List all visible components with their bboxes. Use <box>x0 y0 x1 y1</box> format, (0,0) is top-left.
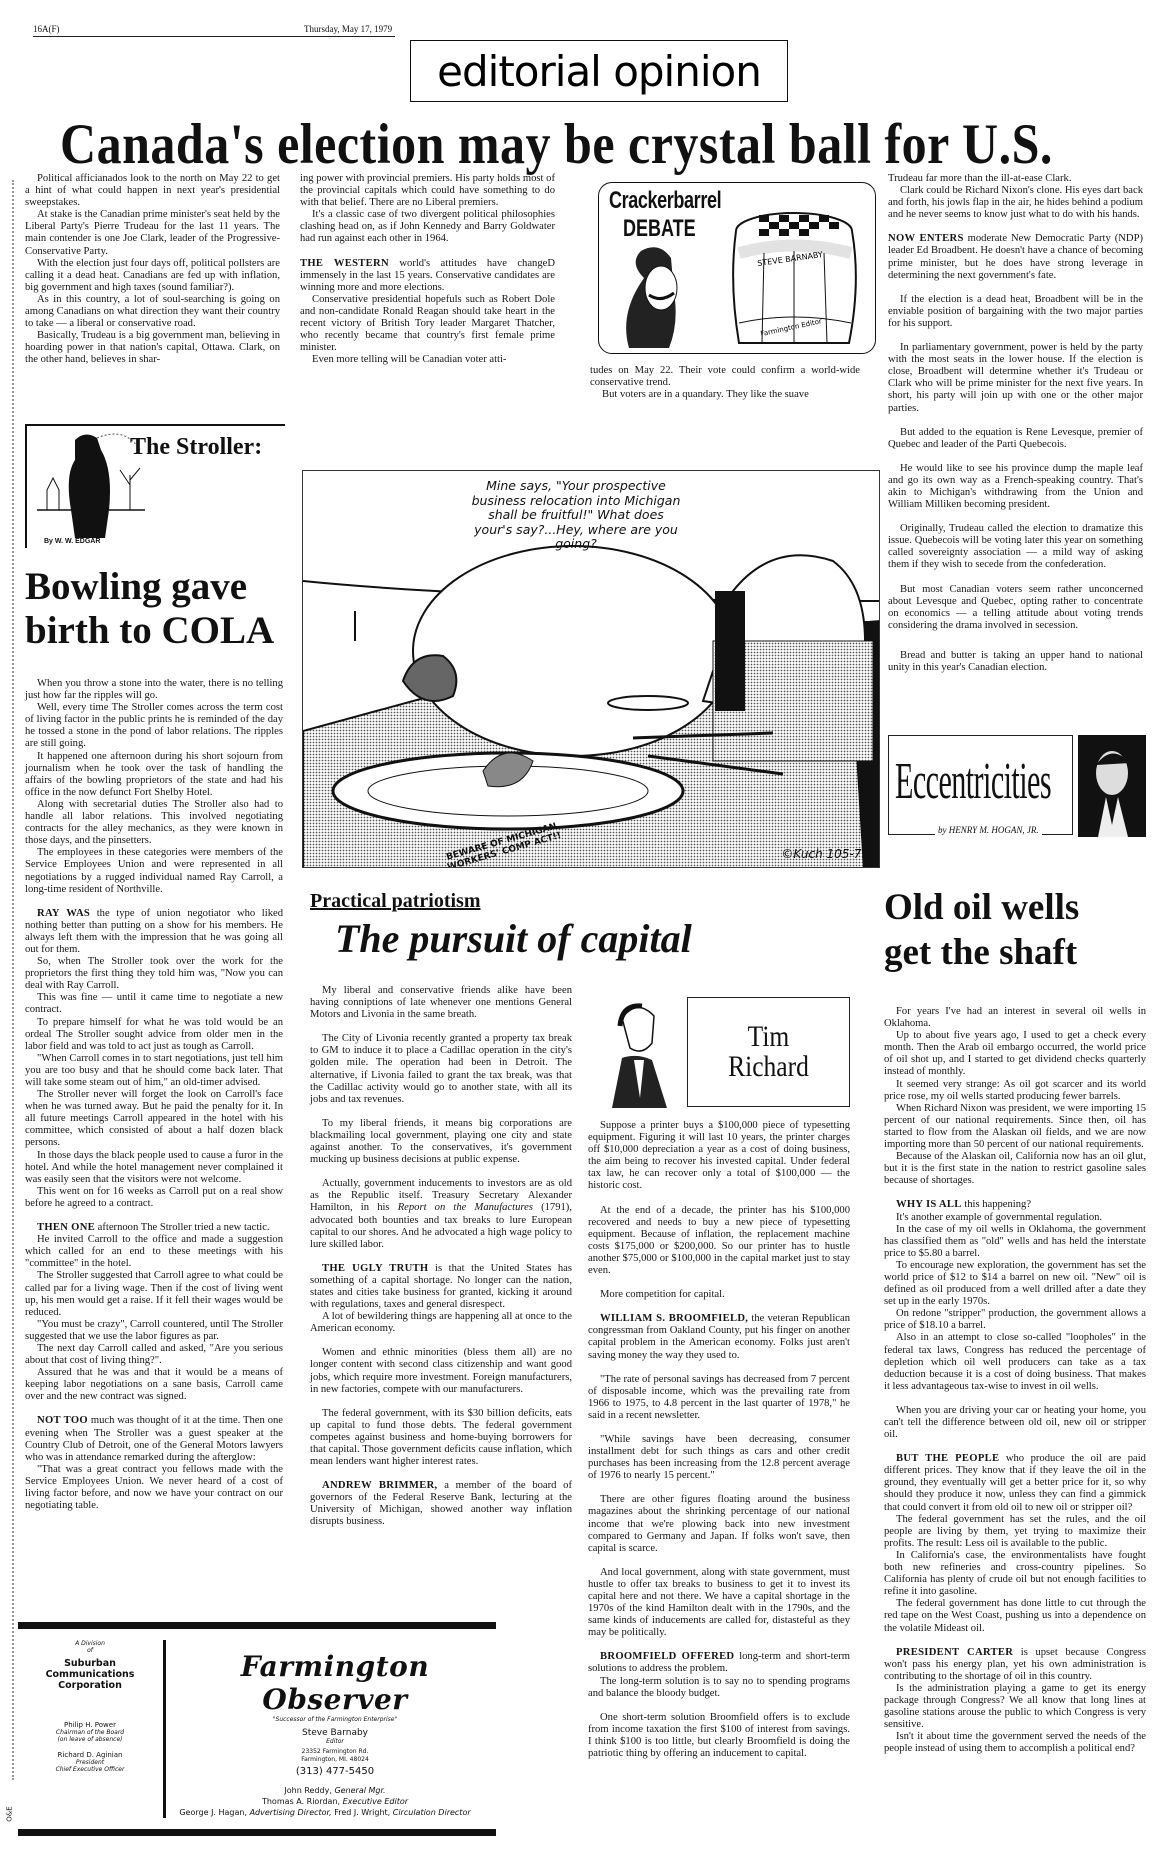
paragraph: Actually, government inducements to inve… <box>310 1178 572 1251</box>
phone-number: (313) 477-5450 <box>170 1766 500 1777</box>
paragraph: To my liberal friends, it means big corp… <box>310 1118 572 1166</box>
lead-in: ANDREW BRIMMER, <box>322 1480 438 1491</box>
president-name: Richard D. Aginian <box>20 1751 160 1759</box>
paragraph: THE UGLY TRUTH is that the United States… <box>310 1263 572 1311</box>
paragraph: Women and ethnic minorities (bless them … <box>310 1347 572 1395</box>
editorial-cartoon: Mine says, "Your prospective business re… <box>302 470 880 868</box>
paragraph: The Stroller suggested that Carroll agre… <box>25 1270 283 1318</box>
lead-in: THE WESTERN <box>300 258 389 269</box>
paragraph: NOW ENTERS moderate New Democratic Party… <box>888 233 1143 281</box>
paragraph: My liberal and conservative friends alik… <box>310 985 572 1021</box>
address-line: Farmington, MI. 48024 <box>170 1756 500 1764</box>
section-title: editorial opinion <box>437 47 761 96</box>
paragraph: Is the administration playing a game to … <box>884 1683 1146 1731</box>
paragraph: But most Canadian voters seem rather unc… <box>888 584 1143 632</box>
paragraph: "That was a great contract you fellows m… <box>25 1464 283 1512</box>
paragraph: At the end of a decade, the printer has … <box>588 1205 850 1278</box>
paragraph: If the election is a dead heat, Broadben… <box>888 294 1143 330</box>
newspaper-flag: Farmington Observer <box>170 1650 500 1716</box>
paragraph: WILLIAM S. BROOMFIELD, the veteran Repub… <box>588 1313 850 1361</box>
author-last-name: Richard <box>728 1052 809 1082</box>
stroller-article-body: When you throw a stone into the water, t… <box>25 678 283 1512</box>
paragraph: Even more telling will be Canadian voter… <box>300 354 555 366</box>
paragraph: "When Carroll comes in to start negotiat… <box>25 1053 283 1089</box>
stroller-headline: Bowling gave birth to COLA <box>25 565 305 653</box>
paragraph: ANDREW BRIMMER, a member of the board of… <box>310 1480 572 1528</box>
paragraph: At stake is the Canadian prime minister'… <box>25 209 280 257</box>
chairman-title: Chairman of the Board <box>20 1729 160 1736</box>
paragraph: As in this country, a lot of soul-search… <box>25 294 280 330</box>
pursuit-column-1: My liberal and conservative friends alik… <box>310 985 572 1529</box>
paragraph: When Richard Nixon was president, we wer… <box>884 1103 1146 1151</box>
paragraph: Well, every time The Stroller comes acro… <box>25 702 283 750</box>
paragraph: For years I've had an interest in severa… <box>884 1006 1146 1030</box>
author-name-box: Tim Richard <box>687 997 850 1107</box>
staff-name: Fred J. Wright, <box>334 1808 390 1817</box>
masthead-rule-bottom <box>18 1829 496 1836</box>
headline-line: birth to COLA <box>25 609 305 653</box>
staff-name: Thomas A. Riordan, <box>262 1797 340 1806</box>
paragraph: To encourage new exploration, the govern… <box>884 1260 1146 1308</box>
debate-title: DEBATE <box>623 215 696 243</box>
speech-bubble-text: Mine says, "Your prospective business re… <box>471 479 681 552</box>
masthead-divider <box>163 1640 166 1818</box>
editor-role: Editor <box>170 1738 500 1745</box>
pursuit-column-2: Suppose a printer buys a $100,000 piece … <box>588 1120 850 1760</box>
paragraph: Along with secretarial duties The Stroll… <box>25 799 283 847</box>
paragraph: The federal government, with its $30 bil… <box>310 1408 572 1468</box>
paragraph: So, when The Stroller took over the work… <box>25 956 283 992</box>
lead-in: NOT TOO <box>37 1415 88 1426</box>
pursuit-kicker: Practical patriotism <box>310 890 481 913</box>
oil-article-body: For years I've had an interest in severa… <box>884 1006 1146 1755</box>
paragraph: THEN ONE afternoon The Stroller tried a … <box>25 1222 283 1234</box>
masthead-rule-top <box>18 1622 496 1629</box>
paragraph: The federal government has done little t… <box>884 1598 1146 1634</box>
paragraph: WHY IS ALL this happening? <box>884 1199 1146 1211</box>
canada-column-3: tudes on May 22. Their vote could confir… <box>590 365 860 401</box>
paragraph: In California's case, the environmentali… <box>884 1550 1146 1598</box>
paragraph: The next day Carroll called and asked, "… <box>25 1343 283 1367</box>
paragraph: "The rate of personal savings has decrea… <box>588 1374 850 1422</box>
staff-role: Executive Editor <box>343 1797 408 1806</box>
paragraph: With the election just four days off, po… <box>25 258 280 294</box>
paragraph: Also in an attempt to close so-called "l… <box>884 1332 1146 1392</box>
paragraph: When you are driving your car or heating… <box>884 1405 1146 1441</box>
canada-headline: Canada's election may be crystal ball fo… <box>60 110 1140 177</box>
headline-line: get the shaft <box>884 930 1079 975</box>
paragraph: But added to the equation is Rene Levesq… <box>888 427 1143 451</box>
chairman-title: (on leave of absence) <box>20 1736 160 1743</box>
lead-in: WILLIAM S. BROOMFIELD, <box>600 1313 748 1324</box>
cartoonist-signature: ©Kuch 105-79 <box>781 847 869 861</box>
masthead-corporate: A Division of Suburban Communications Co… <box>20 1640 160 1773</box>
lead-in: RAY WAS <box>37 908 90 919</box>
headline-line: Old oil wells <box>884 885 1079 930</box>
staff-role: Circulation Director <box>393 1808 471 1817</box>
paragraph: The employees in these categories were m… <box>25 847 283 895</box>
president-title: Chief Executive Officer <box>20 1766 160 1773</box>
paragraph: The federal government has set the rules… <box>884 1514 1146 1550</box>
paragraph: This went on for 16 weeks as Carroll put… <box>25 1186 283 1210</box>
paragraph: PRESIDENT CARTER is upset because Congre… <box>884 1647 1146 1683</box>
crackerbarrel-debate-logo: STEVE BARNABY Farmington Editor Crackerb… <box>598 182 876 354</box>
staff-role: General Mgr. <box>334 1786 385 1795</box>
paragraph: BROOMFIELD OFFERED long-term and short-t… <box>588 1651 850 1675</box>
lead-in: THE UGLY TRUTH <box>322 1263 428 1274</box>
staff-line: George J. Hagan, Advertising Director, F… <box>150 1807 500 1818</box>
corporation-name: Suburban Communications <box>20 1658 160 1680</box>
stroller-silhouette-icon <box>35 430 145 550</box>
issue-date: Thursday, May 17, 1979 <box>304 24 392 34</box>
edge-mark: O&E <box>6 1806 14 1821</box>
paragraph: THE WESTERN world's attitudes have chang… <box>300 258 555 294</box>
lead-in: BROOMFIELD OFFERED <box>600 1651 734 1662</box>
paragraph: Because of the Alaskan oil, California n… <box>884 1151 1146 1187</box>
headline-line: Bowling gave <box>25 565 305 609</box>
lead-in: PRESIDENT CARTER <box>896 1647 1013 1658</box>
oil-headline: Old oil wells get the shaft <box>884 885 1079 975</box>
editor-name: Steve Barnaby <box>170 1728 500 1738</box>
division-label: A Division <box>20 1640 160 1647</box>
staff-line: John Reddy, General Mgr. <box>170 1785 500 1796</box>
paragraph: Assured that he was and that it would be… <box>25 1367 283 1403</box>
canada-column-1: Political afficianados look to the north… <box>25 173 280 367</box>
staff-name: George J. Hagan, <box>179 1808 247 1817</box>
paragraph: He invited Carroll to the office and mad… <box>25 1234 283 1270</box>
paragraph: The long-term solution is to say no to s… <box>588 1676 850 1700</box>
paragraph: RAY WAS the type of union negotiator who… <box>25 908 283 956</box>
eccentricities-byline: by HENRY M. HOGAN, JR. <box>935 825 1042 835</box>
paragraph: On redone "stripper" production, the gov… <box>884 1308 1146 1332</box>
paragraph: In parliamentary government, power is he… <box>888 342 1143 415</box>
paragraph: It's another example of governmental reg… <box>884 1212 1146 1224</box>
paragraph: Basically, Trudeau is a big government m… <box>25 330 280 366</box>
paragraph: It's a classic case of two divergent pol… <box>300 209 555 245</box>
division-label: of <box>20 1647 160 1654</box>
paragraph: More competition for capital. <box>588 1289 850 1301</box>
staff-name: John Reddy, <box>284 1786 332 1795</box>
paragraph: Up to about five years ago, I used to ge… <box>884 1030 1146 1078</box>
paragraph: And local government, along with state g… <box>588 1567 850 1640</box>
author-photo <box>592 998 687 1108</box>
president-title: President <box>20 1759 160 1766</box>
chairman-name: Philip H. Power <box>20 1721 160 1729</box>
corporation-name: Corporation <box>20 1680 160 1691</box>
paragraph: Bread and butter is taking an upper hand… <box>888 650 1143 674</box>
canada-column-4: Trudeau far more than the ill-at-ease Cl… <box>888 173 1143 674</box>
paragraph: NOT TOO much was thought of it at the ti… <box>25 1415 283 1463</box>
paragraph: A lot of bewildering things are happenin… <box>310 1311 572 1335</box>
masthead-flag-block: Farmington Observer "Successor of the Fa… <box>170 1650 500 1818</box>
paragraph: tudes on May 22. Their vote could confir… <box>590 365 860 389</box>
paragraph: ing power with provincial premiers. His … <box>300 173 555 209</box>
paragraph: He would like to see his province dump t… <box>888 463 1143 511</box>
paragraph: This was fine — until it came time to ne… <box>25 992 283 1016</box>
paragraph: In those days the black people used to c… <box>25 1150 283 1186</box>
section-title-box: editorial opinion <box>410 40 788 102</box>
paragraph: There are other figures floating around … <box>588 1494 850 1554</box>
paragraph: The City of Livonia recently granted a p… <box>310 1033 572 1106</box>
page-number: 16A(F) <box>33 24 60 34</box>
italic-title: Report on the Manufactures <box>398 1202 533 1213</box>
author-first-name: Tim <box>748 1022 790 1052</box>
address-line: 23352 Farmington Rd. <box>170 1748 500 1756</box>
flag-tagline: "Successor of the Farmington Enterprise" <box>170 1716 500 1723</box>
paragraph: To prepare himself for what he was told … <box>25 1017 283 1053</box>
paragraph: Trudeau far more than the ill-at-ease Cl… <box>888 173 1143 185</box>
lead-in: THEN ONE <box>37 1222 95 1233</box>
stroller-column-title: The Stroller: <box>130 434 262 461</box>
paragraph: BUT THE PEOPLE who produce the oil are p… <box>884 1453 1146 1513</box>
paragraph: Suppose a printer buys a $100,000 piece … <box>588 1120 850 1193</box>
staff-line: Thomas A. Riordan, Executive Editor <box>170 1796 500 1807</box>
stroller-byline: By W. W. EDGAR <box>44 538 100 545</box>
paragraph: Clark could be Richard Nixon's clone. Hi… <box>888 185 1143 221</box>
paragraph: It happened one afternoon during his sho… <box>25 751 283 799</box>
crackerbarrel-title: Crackerbarrel <box>609 187 721 215</box>
paragraph: But voters are in a quandary. They like … <box>590 389 860 401</box>
paragraph: "You must be crazy", Carroll countered, … <box>25 1319 283 1343</box>
paragraph: Originally, Trudeau called the election … <box>888 523 1143 571</box>
lead-in: BUT THE PEOPLE <box>896 1453 999 1464</box>
columnist-portrait-icon <box>1078 735 1146 837</box>
lead-in: WHY IS ALL <box>896 1199 962 1210</box>
paragraph: Political afficianados look to the north… <box>25 173 280 209</box>
header-rule <box>33 36 395 37</box>
paragraph: Conservative presidential hopefuls such … <box>300 294 555 354</box>
paragraph: In the case of my oil wells in Oklahoma,… <box>884 1224 1146 1260</box>
paragraph: One short-term solution Broomfield offer… <box>588 1712 850 1760</box>
staff-role: Advertising Director, <box>250 1808 332 1817</box>
paragraph: Isn't it about time the government serve… <box>884 1731 1146 1755</box>
paragraph: "While savings have been decreasing, con… <box>588 1434 850 1482</box>
author-portrait-icon <box>592 998 687 1108</box>
page-edge-perforation <box>12 180 14 1780</box>
paragraph: It seemed very strange: As oil got scarc… <box>884 1079 1146 1103</box>
canada-column-2: ing power with provincial premiers. His … <box>300 173 555 366</box>
pursuit-headline: The pursuit of capital <box>335 915 692 962</box>
paragraph: The Stroller never will forget the look … <box>25 1089 283 1149</box>
paragraph: When you throw a stone into the water, t… <box>25 678 283 702</box>
columnist-photo <box>1078 735 1146 837</box>
lead-in: NOW ENTERS <box>888 233 964 244</box>
eccentricities-title: Eccentricities <box>895 752 1051 811</box>
